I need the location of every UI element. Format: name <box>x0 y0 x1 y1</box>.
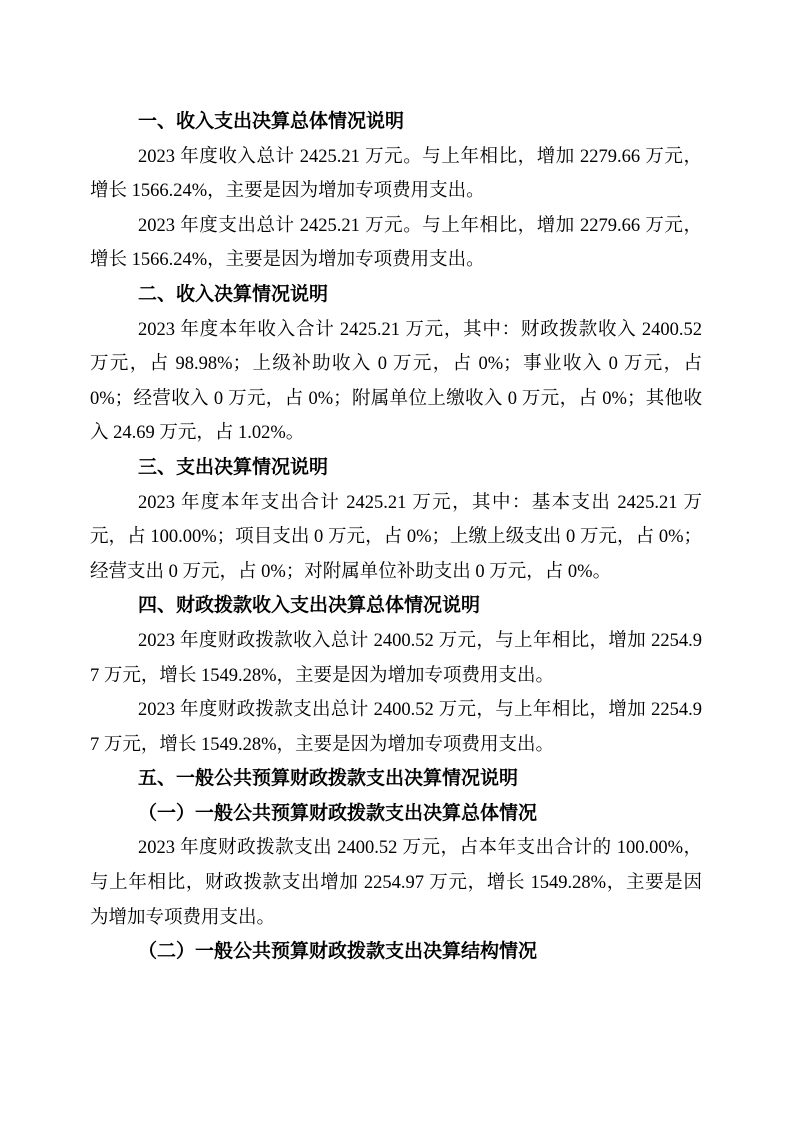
section-5-subheading-2: （二）一般公共预算财政拨款支出决算结构情况 <box>90 935 702 970</box>
section-5-heading: 五、一般公共预算财政拨款支出决算情况说明 <box>90 762 702 797</box>
document-page: 一、收入支出决算总体情况说明 2023 年度收入总计 2425.21 万元。与上… <box>0 0 793 1122</box>
section-2-paragraph: 2023 年度本年收入合计 2425.21 万元，其中：财政拨款收入 2400.… <box>90 313 702 451</box>
section-1-paragraph-1: 2023 年度收入总计 2425.21 万元。与上年相比，增加 2279.66 … <box>90 140 702 209</box>
section-3-heading: 三、支出决算情况说明 <box>90 451 702 486</box>
section-3-paragraph: 2023 年度本年支出合计 2425.21 万元，其中：基本支出 2425.21… <box>90 486 702 590</box>
section-5-subheading-1: （一）一般公共预算财政拨款支出决算总体情况 <box>90 797 702 832</box>
section-4-heading: 四、财政拨款收入支出决算总体情况说明 <box>90 589 702 624</box>
section-4-paragraph-1: 2023 年度财政拨款收入总计 2400.52 万元，与上年相比，增加 2254… <box>90 624 702 693</box>
section-5-paragraph-1: 2023 年度财政拨款支出 2400.52 万元，占本年支出合计的 100.00… <box>90 831 702 935</box>
section-2-heading: 二、收入决算情况说明 <box>90 278 702 313</box>
section-1-paragraph-2: 2023 年度支出总计 2425.21 万元。与上年相比，增加 2279.66 … <box>90 209 702 278</box>
section-1-heading: 一、收入支出决算总体情况说明 <box>90 105 702 140</box>
document-body: 一、收入支出决算总体情况说明 2023 年度收入总计 2425.21 万元。与上… <box>90 105 702 970</box>
section-4-paragraph-2: 2023 年度财政拨款支出总计 2400.52 万元，与上年相比，增加 2254… <box>90 693 702 762</box>
